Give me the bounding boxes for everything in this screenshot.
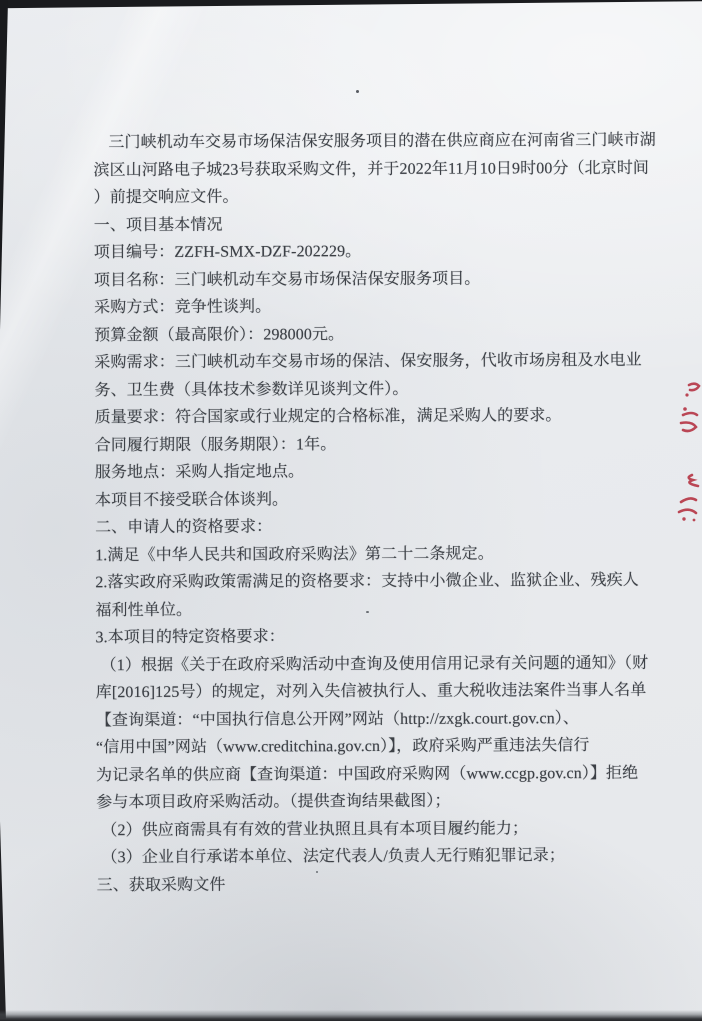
doc-line: 【查询渠道：“中国执行信息公开网”网站（http://zxgk.court.go…: [96, 704, 652, 734]
ink-speck: [366, 611, 369, 613]
service-location-line: 服务地点：采购人指定地点。: [95, 457, 651, 487]
doc-line: 三门峡机动车交易市场保洁保安服务项目的潜在供应商应在河南省三门峡市湖: [93, 127, 649, 157]
ink-speck: [356, 90, 359, 93]
red-ink-marks: [672, 376, 702, 526]
doc-line: 为记录名单的供应商【查询渠道：中国政府采购网（www.ccgp.gov.cn）】…: [96, 759, 652, 789]
budget-line: 预算金额（最高限价）：298000元。: [94, 319, 650, 349]
section-heading-1: 一、项目基本情况: [94, 209, 650, 239]
doc-line: 采购需求：三门峡机动车交易市场的保洁、保安服务，代收市场房租及水电业: [94, 347, 650, 377]
doc-line: 滨区山河路电子城23号获取采购文件，并于2022年11月10日9时00分（北京时…: [93, 154, 649, 184]
doc-line: （2）供应商需具有有效的营业执照且具有本项目履约能力；: [96, 814, 652, 844]
ink-speck: [316, 871, 318, 873]
doc-line: 2.落实政府采购政策需满足的资格要求：支持中小微企业、监狱企业、残疾人: [95, 567, 651, 597]
scanned-page: 三门峡机动车交易市场保洁保安服务项目的潜在供应商应在河南省三门峡市湖 滨区山河路…: [0, 0, 702, 1021]
doc-line: 库[2016]125号）的规定，对列入失信被执行人、重大税收违法案件当事人名单: [96, 677, 652, 707]
doc-line: （3）企业自行承诺本单位、法定代表人/负责人无行贿犯罪记录；: [96, 842, 652, 872]
doc-line: 3.本项目的特定资格要求：: [95, 622, 651, 652]
doc-line: 1.满足《中华人民共和国政府采购法》第二十二条规定。: [95, 539, 651, 569]
project-number-line: 项目编号：ZZFH-SMX-DZF-202229。: [94, 237, 650, 267]
project-name-line: 项目名称：三门峡机动车交易市场保洁保安服务项目。: [94, 264, 650, 294]
doc-line: 务、卫生费（具体技术参数详见谈判文件）。: [94, 374, 650, 404]
section-heading-2: 二、申请人的资格要求：: [95, 512, 651, 542]
doc-line: 福利性单位。: [95, 594, 651, 624]
document-body: 三门峡机动车交易市场保洁保安服务项目的潜在供应商应在河南省三门峡市湖 滨区山河路…: [93, 127, 652, 899]
doc-line: ）前提交响应文件。: [94, 182, 650, 212]
section-heading-3: 三、获取采购文件: [97, 869, 653, 899]
procurement-method-line: 采购方式：竞争性谈判。: [94, 292, 650, 322]
doc-line: （1）根据《关于在政府采购活动中查询及使用信用记录有关问题的通知》（财: [96, 649, 652, 679]
doc-line: 本项目不接受联合体谈判。: [95, 484, 651, 514]
doc-line: 质量要求：符合国家或行业规定的合格标准，满足采购人的要求。: [95, 402, 651, 432]
doc-line: 参与本项目政府采购活动。（提供查询结果截图）；: [96, 787, 652, 817]
contract-term-line: 合同履行期限（服务期限）：1年。: [95, 429, 651, 459]
doc-line: “信用中国”网站（www.creditchina.gov.cn）】，政府采购严重…: [96, 732, 652, 762]
